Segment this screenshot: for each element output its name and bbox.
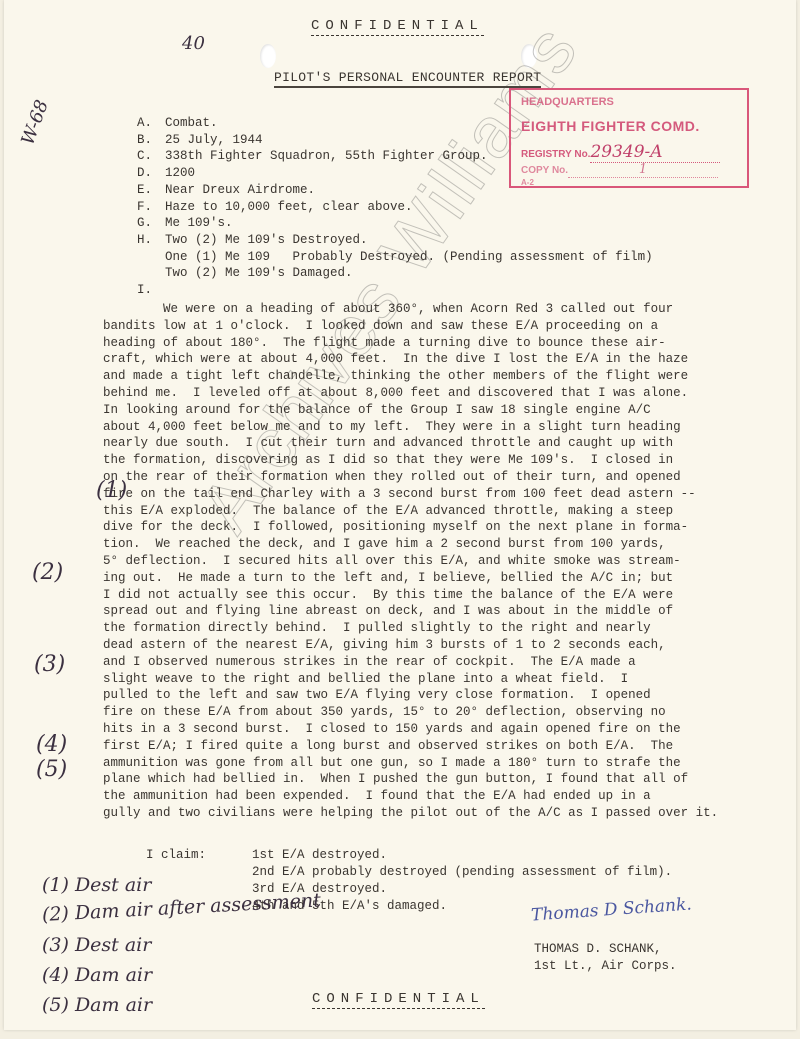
narrative-line: ing out. He made a turn to the left and,… (103, 570, 793, 587)
report-item: Two (2) Me 109's Damaged. (137, 265, 653, 282)
narrative-text: We were on a heading of about 360°, when… (103, 301, 793, 822)
report-items: A.Combat. B.25 July, 1944 C.338th Fighte… (137, 115, 653, 299)
report-item: G.Me 109's. (137, 215, 653, 232)
narrative-line: this E/A exploded. The balance of the E/… (103, 503, 793, 520)
narrative-line: bandits low at 1 o'clock. I looked down … (103, 318, 793, 335)
narrative-line: gully and two civilians were helping the… (103, 805, 793, 822)
margin-note-side: W-68 (17, 97, 53, 148)
narrative-line: plane which had bellied in. When I pushe… (103, 771, 793, 788)
narrative-line: craft, which were at about 4,000 feet. I… (103, 351, 793, 368)
signer-rank: 1st Lt., Air Corps. (534, 958, 677, 975)
report-item: B.25 July, 1944 (137, 132, 653, 149)
narrative-line: nearly due south. I cut their turn and a… (103, 435, 793, 452)
handwritten-note: (5) Dam air (42, 990, 321, 1020)
page-title: PILOT'S PERSONAL ENCOUNTER REPORT (274, 70, 541, 88)
report-item: H.Two (2) Me 109's Destroyed. (137, 232, 653, 249)
narrative-line: and made a tight left chandelle, thinkin… (103, 368, 793, 385)
punch-hole (521, 44, 537, 68)
claim-item: 1st E/A destroyed. (252, 847, 387, 864)
margin-number-3: (3) (34, 652, 65, 677)
narrative-line: slight weave to the right and bellied th… (103, 671, 793, 688)
narrative-line: the formation directly behind. I pulled … (103, 620, 793, 637)
narrative-line: dive for the deck. I followed, positioni… (103, 519, 793, 536)
claims-label: I claim: (146, 847, 252, 864)
header-classification: CONFIDENTIAL (311, 18, 484, 36)
stamp-line-1: HEADQUARTERS (521, 96, 614, 108)
report-item: C.338th Fighter Squadron, 55th Fighter G… (137, 148, 653, 165)
document-page: Archives Williams CONFIDENTIAL PILOT'S P… (4, 0, 796, 1030)
narrative-line: about 4,000 feet below me and to my left… (103, 419, 793, 436)
report-item: I. (137, 282, 653, 299)
narrative-line: the formation, discovering as I did so t… (103, 452, 793, 469)
footer-classification: CONFIDENTIAL (312, 991, 485, 1009)
narrative-line: dead astern of the nearest E/A, giving h… (103, 637, 793, 654)
narrative-line: heading of about 180°. The flight made a… (103, 335, 793, 352)
margin-note-top: 40 (182, 33, 205, 54)
handwritten-notes: (1) Dest air (2) Dam air after assessmen… (42, 870, 321, 1020)
narrative-line: on the rear of their formation when they… (103, 469, 793, 486)
narrative-line: fire on these E/A from about 350 yards, … (103, 704, 793, 721)
narrative-line: pulled to the left and saw two E/A flyin… (103, 687, 793, 704)
signature-block: THOMAS D. SCHANK, 1st Lt., Air Corps. (534, 941, 677, 975)
narrative-line: 5° deflection. I secured hits all over t… (103, 553, 793, 570)
narrative-line: the ammunition had been expended. I foun… (103, 788, 793, 805)
handwritten-note: (3) Dest air (42, 930, 321, 960)
narrative-line: ammunition was gone from all but one gun… (103, 755, 793, 772)
signer-name: THOMAS D. SCHANK, (534, 941, 677, 958)
narrative-line: hits in a 3 second burst. I closed to 15… (103, 721, 793, 738)
margin-number-2: (2) (32, 560, 63, 585)
narrative-line: In looking around for the balance of the… (103, 402, 793, 419)
narrative-line: spread out and flying line abreast on de… (103, 603, 793, 620)
narrative-line: tion. We reached the deck, and I gave hi… (103, 536, 793, 553)
report-item: E.Near Dreux Airdrome. (137, 182, 653, 199)
punch-hole (260, 44, 276, 68)
margin-number-5: (5) (36, 757, 67, 782)
margin-number-4: (4) (36, 732, 67, 757)
margin-number-1: (1) (96, 478, 127, 503)
narrative-line: behind me. I leveled off at about 8,000 … (103, 385, 793, 402)
handwritten-note: (4) Dam air (42, 960, 321, 990)
report-item: F.Haze to 10,000 feet, clear above. (137, 199, 653, 216)
report-item: One (1) Me 109 Probably Destroyed. (Pend… (137, 249, 653, 266)
report-item: D.1200 (137, 165, 653, 182)
narrative-line: first E/A; I fired quite a long burst an… (103, 738, 793, 755)
narrative-line: and I observed numerous strikes in the r… (103, 654, 793, 671)
report-item: A.Combat. (137, 115, 653, 132)
narrative-line: We were on a heading of about 360°, when… (103, 301, 793, 318)
narrative-line: I did not actually see this occur. By th… (103, 587, 793, 604)
narrative-line: fire on the tail end Charley with a 3 se… (103, 486, 793, 503)
